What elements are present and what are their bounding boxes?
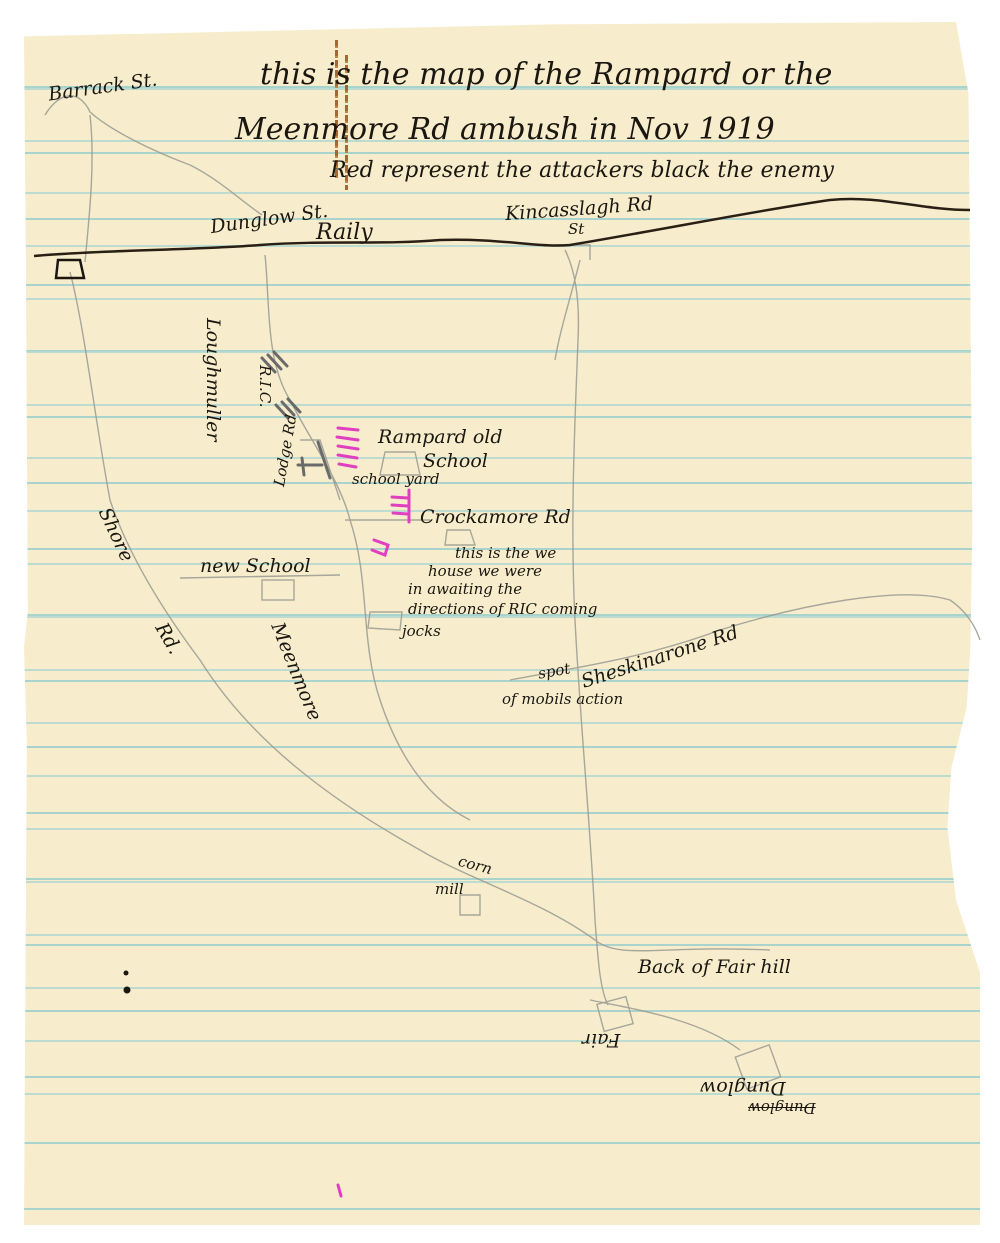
- label-kincasslagh-st: St: [568, 222, 584, 237]
- label-dunglow-struck: Dunglow: [748, 1100, 816, 1115]
- label-back-of-fair-hill: Back of Fair hill: [638, 958, 791, 977]
- barrack-st-road: [45, 96, 262, 215]
- label-ric: R.I.C.: [257, 365, 272, 407]
- station-box: [56, 260, 84, 278]
- house-note-line-4: directions of RIC coming: [408, 602, 597, 617]
- label-dunglow-upside-down: Dunglow: [700, 1078, 786, 1097]
- map-title-line-2: Meenmore Rd ambush in Nov 1919: [235, 115, 775, 145]
- house-note-line-2: house we were: [428, 564, 542, 579]
- label-school-yard: school yard: [352, 472, 440, 487]
- label-school: School: [423, 452, 488, 471]
- label-of-mobiles-action: of mobils action: [502, 692, 623, 707]
- map-title-line-1: this is the map of the Rampard or the: [260, 60, 832, 90]
- map-drawing: this is the map of the Rampard or the Me…: [0, 0, 1000, 1243]
- house-note-line-3: in awaiting the: [408, 582, 522, 597]
- label-new-school: new School: [200, 557, 311, 576]
- label-mill: mill: [435, 882, 464, 897]
- house-note-line-1: this is the we: [455, 546, 556, 561]
- map-legend: Red represent the attackers black the en…: [330, 160, 834, 182]
- house-note-line-5: jocks: [402, 624, 441, 639]
- label-loughmuller: Loughmuller: [203, 318, 222, 441]
- label-raily: Raily: [316, 222, 373, 244]
- railway-line: [34, 199, 970, 256]
- label-rampard-old: Rampard old: [378, 428, 503, 447]
- label-crockamore-rd: Crockamore Rd: [420, 508, 571, 527]
- attacker-marks: [337, 428, 409, 1196]
- map-lines: [0, 0, 1000, 1243]
- label-fair-upside-down: Fair: [582, 1030, 620, 1049]
